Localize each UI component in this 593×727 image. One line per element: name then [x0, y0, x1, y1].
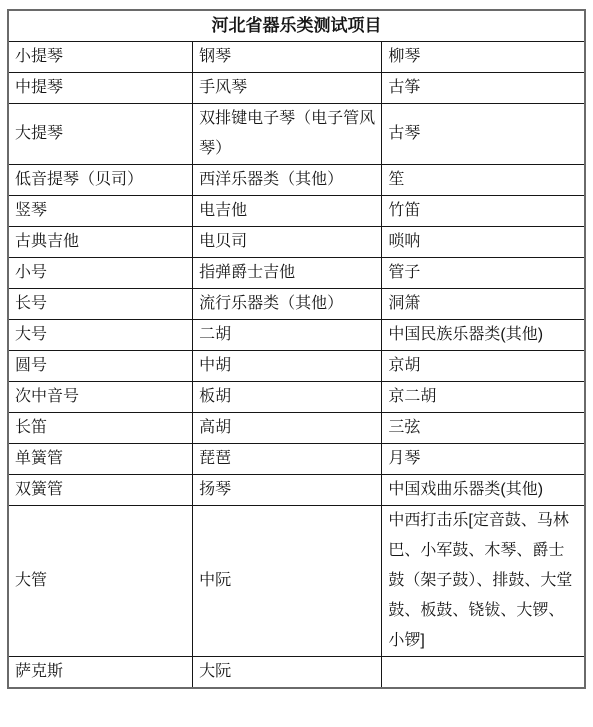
table-row: 萨克斯大阮 — [8, 657, 585, 689]
table-cell: 低音提琴（贝司） — [8, 165, 193, 196]
page: 河北省器乐类测试项目 小提琴钢琴柳琴中提琴手风琴古筝大提琴双排键电子琴（电子管风… — [0, 0, 593, 689]
table-cell: 二胡 — [193, 320, 382, 351]
table-cell: 双排键电子琴（电子管风琴） — [193, 104, 382, 165]
table-cell: 萨克斯 — [8, 657, 193, 689]
table-row: 大号二胡中国民族乐器类(其他) — [8, 320, 585, 351]
table-cell: 洞箫 — [382, 289, 585, 320]
table-cell: 流行乐器类（其他） — [193, 289, 382, 320]
table-cell: 高胡 — [193, 413, 382, 444]
instrument-test-table: 河北省器乐类测试项目 小提琴钢琴柳琴中提琴手风琴古筝大提琴双排键电子琴（电子管风… — [7, 9, 586, 689]
table-row: 小提琴钢琴柳琴 — [8, 42, 585, 73]
table-cell: 钢琴 — [193, 42, 382, 73]
table-cell: 中阮 — [193, 506, 382, 657]
table-cell: 中提琴 — [8, 73, 193, 104]
table-cell: 管子 — [382, 258, 585, 289]
table-cell: 西洋乐器类（其他） — [193, 165, 382, 196]
table-cell: 板胡 — [193, 382, 382, 413]
table-cell: 圆号 — [8, 351, 193, 382]
table-cell: 月琴 — [382, 444, 585, 475]
table-cell: 京二胡 — [382, 382, 585, 413]
table-cell: 电吉他 — [193, 196, 382, 227]
table-cell: 琵琶 — [193, 444, 382, 475]
table-row: 竖琴电吉他竹笛 — [8, 196, 585, 227]
table-row: 中提琴手风琴古筝 — [8, 73, 585, 104]
table-cell: 长笛 — [8, 413, 193, 444]
table-row: 古典吉他电贝司唢呐 — [8, 227, 585, 258]
table-cell: 次中音号 — [8, 382, 193, 413]
table-cell: 中胡 — [193, 351, 382, 382]
table-cell: 唢呐 — [382, 227, 585, 258]
table-cell: 古琴 — [382, 104, 585, 165]
table-row: 长笛高胡三弦 — [8, 413, 585, 444]
table-row: 次中音号板胡京二胡 — [8, 382, 585, 413]
table-body: 小提琴钢琴柳琴中提琴手风琴古筝大提琴双排键电子琴（电子管风琴）古琴低音提琴（贝司… — [8, 42, 585, 689]
table-cell: 京胡 — [382, 351, 585, 382]
table-cell: 小提琴 — [8, 42, 193, 73]
table-cell — [382, 657, 585, 689]
table-title: 河北省器乐类测试项目 — [8, 10, 585, 42]
table-cell: 手风琴 — [193, 73, 382, 104]
table-cell: 竖琴 — [8, 196, 193, 227]
table-cell: 电贝司 — [193, 227, 382, 258]
table-cell: 中国民族乐器类(其他) — [382, 320, 585, 351]
table-cell: 中西打击乐[定音鼓、马林巴、小军鼓、木琴、爵士鼓（架子鼓）、排鼓、大堂鼓、板鼓、… — [382, 506, 585, 657]
table-cell: 古筝 — [382, 73, 585, 104]
table-cell: 大管 — [8, 506, 193, 657]
table-row: 圆号中胡京胡 — [8, 351, 585, 382]
table-cell: 单簧管 — [8, 444, 193, 475]
title-row: 河北省器乐类测试项目 — [8, 10, 585, 42]
table-cell: 笙 — [382, 165, 585, 196]
table-cell: 大号 — [8, 320, 193, 351]
table-row: 长号流行乐器类（其他）洞箫 — [8, 289, 585, 320]
table-cell: 大提琴 — [8, 104, 193, 165]
table-cell: 三弦 — [382, 413, 585, 444]
table-cell: 长号 — [8, 289, 193, 320]
table-row: 低音提琴（贝司）西洋乐器类（其他）笙 — [8, 165, 585, 196]
table-cell: 大阮 — [193, 657, 382, 689]
table-row: 小号指弹爵士吉他管子 — [8, 258, 585, 289]
table-cell: 小号 — [8, 258, 193, 289]
table-cell: 柳琴 — [382, 42, 585, 73]
table-row: 单簧管琵琶月琴 — [8, 444, 585, 475]
table-cell: 扬琴 — [193, 475, 382, 506]
table-cell: 竹笛 — [382, 196, 585, 227]
table-cell: 中国戏曲乐器类(其他) — [382, 475, 585, 506]
table-row: 双簧管扬琴中国戏曲乐器类(其他) — [8, 475, 585, 506]
table-cell: 指弹爵士吉他 — [193, 258, 382, 289]
table-row: 大管中阮中西打击乐[定音鼓、马林巴、小军鼓、木琴、爵士鼓（架子鼓）、排鼓、大堂鼓… — [8, 506, 585, 657]
table-row: 大提琴双排键电子琴（电子管风琴）古琴 — [8, 104, 585, 165]
table-cell: 双簧管 — [8, 475, 193, 506]
table-cell: 古典吉他 — [8, 227, 193, 258]
